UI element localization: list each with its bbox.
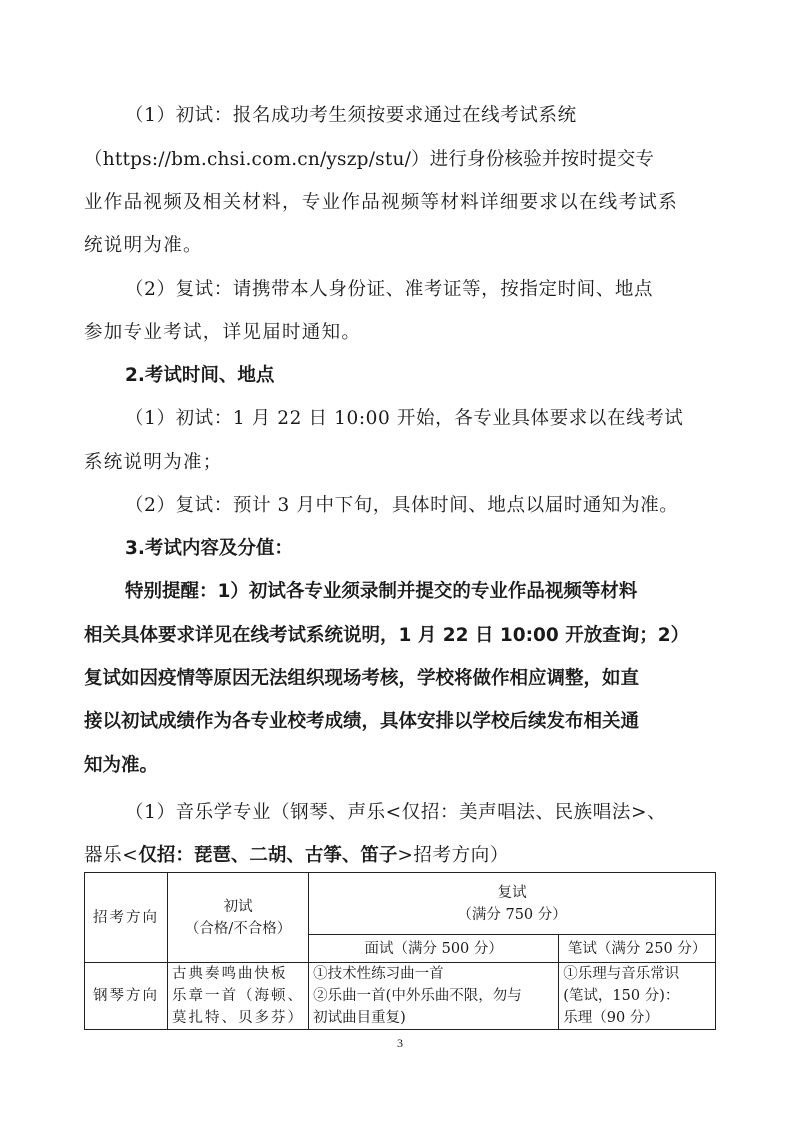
music-major-line-1: （1）音乐学专业（钢琴、声乐<仅招：美声唱法、民族唱法>、 [125,801,765,825]
header-first-round-sub: （合格/不合格） [171,918,305,940]
page-number: 3 [0,1036,800,1051]
header-second-round-sub: （满分 750 分） [312,904,712,926]
cell-interview-line: ①技术性练习曲一首 [313,963,555,985]
header-written: 笔试（满分 250 分） [559,935,716,963]
header-second-round: 复试 （满分 750 分） [309,873,716,935]
paragraph-first-round-time-line-2: 系统说明为准； [84,451,724,475]
music-major-line-2-prefix: 器乐< [84,845,138,866]
cell-interview-line: ②乐曲一首(中外乐曲不限，勿与 [313,985,555,1007]
header-direction: 招考方向 [85,873,168,963]
cell-first-round-line: 莫扎特、贝多芬） [172,1007,305,1029]
table-row: 钢琴方向 古典奏鸣曲快板 乐章一首（海顿、 莫扎特、贝多芬） ①技术性练习曲一首… [85,963,716,1030]
music-major-instrument-list: 仅招：琵琶、二胡、古筝、笛子 [138,845,397,866]
paragraph-first-round-time-line-1: （1）初试：1 月 22 日 10:00 开始，各专业具体要求以在线考试 [125,407,765,431]
cell-interview-line: 初试曲目重复) [313,1007,555,1029]
paragraph-first-round-line-2: （https://bm.chsi.com.cn/yszp/stu/）进行身份核验… [84,148,724,172]
cell-written-line: 乐理（90 分） [563,1007,712,1029]
music-major-line-2: 器乐<仅招：琵琶、二胡、古筝、笛子>招考方向） [84,844,724,868]
special-notice-line-3: 复试如因疫情等原因无法组织现场考核，学校将做作相应调整，如直 [84,667,724,691]
header-first-round: 初试 （合格/不合格） [168,873,309,963]
special-notice-line-4: 接以初试成绩作为各专业校考成绩，具体安排以学校后续发布相关通 [84,710,724,734]
header-direction-label: 招考方向 [93,910,159,926]
cell-direction: 钢琴方向 [85,963,168,1030]
cell-written: ①乐理与音乐常识 (笔试，150 分)： 乐理（90 分） [559,963,716,1030]
special-notice-line-1: 特别提醒：1）初试各专业须录制并提交的专业作品视频等材料 [125,580,765,604]
table-header-row: 招考方向 初试 （合格/不合格） 复试 （满分 750 分） [85,873,716,935]
cell-first-round-line: 古典奏鸣曲快板 [172,963,305,985]
cell-written-line: (笔试，150 分)： [563,985,712,1007]
section-heading-content-scores: 3.考试内容及分值： [125,537,765,561]
section-heading-time-location: 2.考试时间、地点 [125,364,765,388]
header-second-round-label: 复试 [312,882,712,904]
paragraph-first-round-line-1: （1）初试：报名成功考生须按要求通过在线考试系统 [125,104,765,128]
cell-first-round: 古典奏鸣曲快板 乐章一首（海顿、 莫扎特、贝多芬） [168,963,309,1030]
header-first-round-label: 初试 [171,896,305,918]
document-page: （1）初试：报名成功考生须按要求通过在线考试系统 （https://bm.chs… [0,0,800,1131]
paragraph-second-round-line-2: 参加专业考试，详见届时通知。 [84,321,724,345]
header-interview: 面试（满分 500 分） [309,935,559,963]
cell-interview: ①技术性练习曲一首 ②乐曲一首(中外乐曲不限，勿与 初试曲目重复) [309,963,559,1030]
cell-direction-label: 钢琴方向 [93,988,159,1004]
paragraph-first-round-line-3: 业作品视频及相关材料，专业作品视频等材料详细要求以在线考试系 [84,191,724,215]
cell-written-line: ①乐理与音乐常识 [563,963,712,985]
cell-first-round-line: 乐章一首（海顿、 [172,985,305,1007]
paragraph-second-round-time: （2）复试：预计 3 月中下旬，具体时间、地点以届时通知为准。 [125,494,765,518]
music-major-line-2-suffix: >招考方向） [397,845,509,866]
paragraph-first-round-line-4: 统说明为准。 [84,234,724,258]
special-notice-line-5: 知为准。 [84,754,724,778]
paragraph-second-round-line-1: （2）复试：请携带本人身份证、准考证等，按指定时间、地点 [125,278,765,302]
special-notice-line-2: 相关具体要求详见在线考试系统说明，1 月 22 日 10:00 开放查询；2） [84,624,724,648]
exam-content-table: 招考方向 初试 （合格/不合格） 复试 （满分 750 分） 面试（满分 500… [84,872,716,1030]
